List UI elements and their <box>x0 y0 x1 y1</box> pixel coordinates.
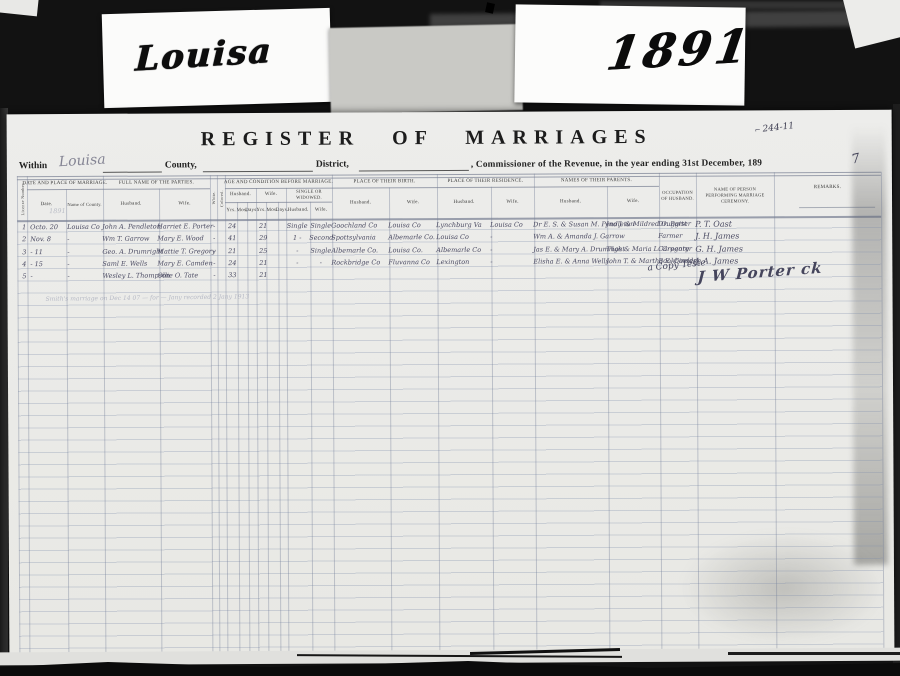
cell-n: 2 <box>17 234 31 245</box>
cell-mark: - <box>206 233 222 244</box>
cell-wife: Harriet E. Porter <box>157 221 209 232</box>
ink-streak <box>728 652 900 655</box>
cell-county: - <box>67 246 103 257</box>
cell-age_h: 24 <box>223 258 241 269</box>
cell-res_w: Louisa Co <box>490 220 534 231</box>
year-card-label: 1891 <box>603 18 755 81</box>
county-card-label: Louisa <box>134 31 273 80</box>
cell-birth_w: Louisa Co <box>388 220 437 231</box>
cell-occupation: Bookbinder <box>658 255 696 266</box>
spine-card-year: 1891 <box>514 4 745 105</box>
cell-parents_h: Jas E. & Mary A. Drumright <box>533 244 607 255</box>
cell-age_w: 21 <box>254 270 272 281</box>
cell-cond_w: Single <box>309 245 332 256</box>
cell-occupation: Carpenter <box>658 243 696 254</box>
cell-birth_h: Albemarle Co. <box>331 245 389 256</box>
cell-date: - <box>30 271 66 282</box>
cell-county: Louisa Co <box>67 222 103 233</box>
cell-parents_w <box>606 268 659 279</box>
cell-age_w: 21 <box>254 221 272 232</box>
cell-res_h: Lynchburg Va <box>436 220 491 231</box>
cell-minister: P. T. Oast <box>695 218 775 229</box>
cell-minister: G. H. James <box>695 243 775 254</box>
cell-county: - <box>67 234 103 245</box>
photo-of-register: Louisa 1891 REGISTER OF MARRIAGES 244-11… <box>0 0 900 676</box>
cell-birth_w <box>388 269 437 280</box>
cell-occupation: Farmer <box>658 231 696 242</box>
cell-husband: John A. Pendleton <box>102 222 158 233</box>
cell-mark: - <box>206 221 222 232</box>
cell-age_h: 24 <box>223 221 241 232</box>
cell-birth_w: Fluvanna Co <box>388 257 437 268</box>
cell-minister <box>695 267 775 278</box>
cell-birth_h <box>331 269 389 280</box>
cell-wife: Mattie T. Gregory <box>157 246 209 257</box>
cell-age_w: 29 <box>254 233 272 244</box>
cell-cond_h: 1 - <box>284 233 310 244</box>
cell-cond_w: Second <box>309 233 332 244</box>
cell-n: 3 <box>17 247 31 258</box>
cell-parents_h: Wm A. & Amanda J. Garrow <box>533 231 607 242</box>
cell-occupation: Druggist <box>658 219 696 230</box>
register-page: REGISTER OF MARRIAGES 244-11 Within Loui… <box>7 110 895 658</box>
cell-mark: - <box>206 258 222 269</box>
cell-birth_w: Albemarle Co. <box>388 232 437 243</box>
cell-age_h: 33 <box>223 270 241 281</box>
cell-mark: - <box>206 246 222 257</box>
cell-cond_w <box>309 270 332 281</box>
cell-age_h: 21 <box>223 246 241 257</box>
cell-age_w: 21 <box>254 258 272 269</box>
cell-parents_w: Thos & Maria L. Gregory <box>606 243 659 254</box>
cell-birth_h: Rockbridge Co <box>331 257 389 268</box>
cell-n: 5 <box>17 271 31 282</box>
cell-birth_w: Louisa Co. <box>388 245 437 256</box>
cell-minister: J. H. James <box>695 231 775 242</box>
cell-husband: Geo. A. Drumright <box>102 246 158 257</box>
paper-scrap-top-left <box>0 0 39 16</box>
cell-n: 4 <box>17 259 31 270</box>
cell-wife: Mary E. Wood <box>157 234 209 245</box>
cell-res_h: Albemarle Co <box>436 244 491 255</box>
spine-card-blank <box>329 24 523 114</box>
spine-card-county: Louisa <box>102 8 333 108</box>
ink-mark <box>485 2 495 13</box>
table-rows: 1Octo. 20Louisa CoJohn A. PendletonHarri… <box>7 110 895 658</box>
cell-res_h: Lexington <box>436 257 491 268</box>
cell-date: - 11 <box>30 247 66 258</box>
cell-mark: - <box>206 270 222 281</box>
cell-county: - <box>67 259 103 270</box>
cell-wife: Mary E. Camden <box>157 258 209 269</box>
cell-husband: Wm T. Garrow <box>102 234 158 245</box>
cell-date: Octo. 20 <box>30 222 66 233</box>
cell-res_w: - <box>490 256 534 267</box>
cell-birth_h: Spottsylvania <box>331 233 389 244</box>
cell-birth_h: Goochland Co <box>331 220 389 231</box>
paper-scrap-top-right <box>843 0 900 48</box>
cell-age_w: 25 <box>254 245 272 256</box>
cell-minister: J. A. James <box>695 255 775 266</box>
cell-parents_w: John T. & Martha E. Camden <box>606 256 659 267</box>
cell-cond_h: - <box>284 245 310 256</box>
cell-parents_h: Dr E. S. & Susan M. Pendleton <box>533 219 607 230</box>
cell-res_h <box>436 269 491 280</box>
cell-cond_h: - <box>284 257 310 268</box>
cell-parents_w: Jno J. & Mildred O. Porter <box>606 219 659 230</box>
cell-cond_w: - <box>309 257 332 268</box>
cell-res_w: - <box>490 232 534 243</box>
cell-parents_w <box>606 231 659 242</box>
cell-parents_h <box>533 268 607 279</box>
cell-res_w: - <box>490 244 534 255</box>
cell-date: Nov. 8 <box>30 234 66 245</box>
cell-cond_h <box>284 270 310 281</box>
cell-husband: Wesley L. Thompson <box>102 271 158 282</box>
cell-county: - <box>67 271 103 282</box>
cell-res_w <box>490 269 534 280</box>
cell-age_h: 41 <box>223 233 241 244</box>
cell-occupation <box>658 268 696 279</box>
cell-wife: Ollie O. Tate <box>157 270 209 281</box>
cell-n: 1 <box>17 222 31 233</box>
cell-parents_h: Elisha E. & Anna Wells <box>533 256 607 267</box>
cell-date: - 15 <box>30 259 66 270</box>
cell-cond_h: Single <box>284 221 310 232</box>
cell-cond_w: Single <box>309 221 332 232</box>
cell-res_h: Louisa Co <box>436 232 491 243</box>
cell-husband: Saml E. Wells <box>102 258 158 269</box>
